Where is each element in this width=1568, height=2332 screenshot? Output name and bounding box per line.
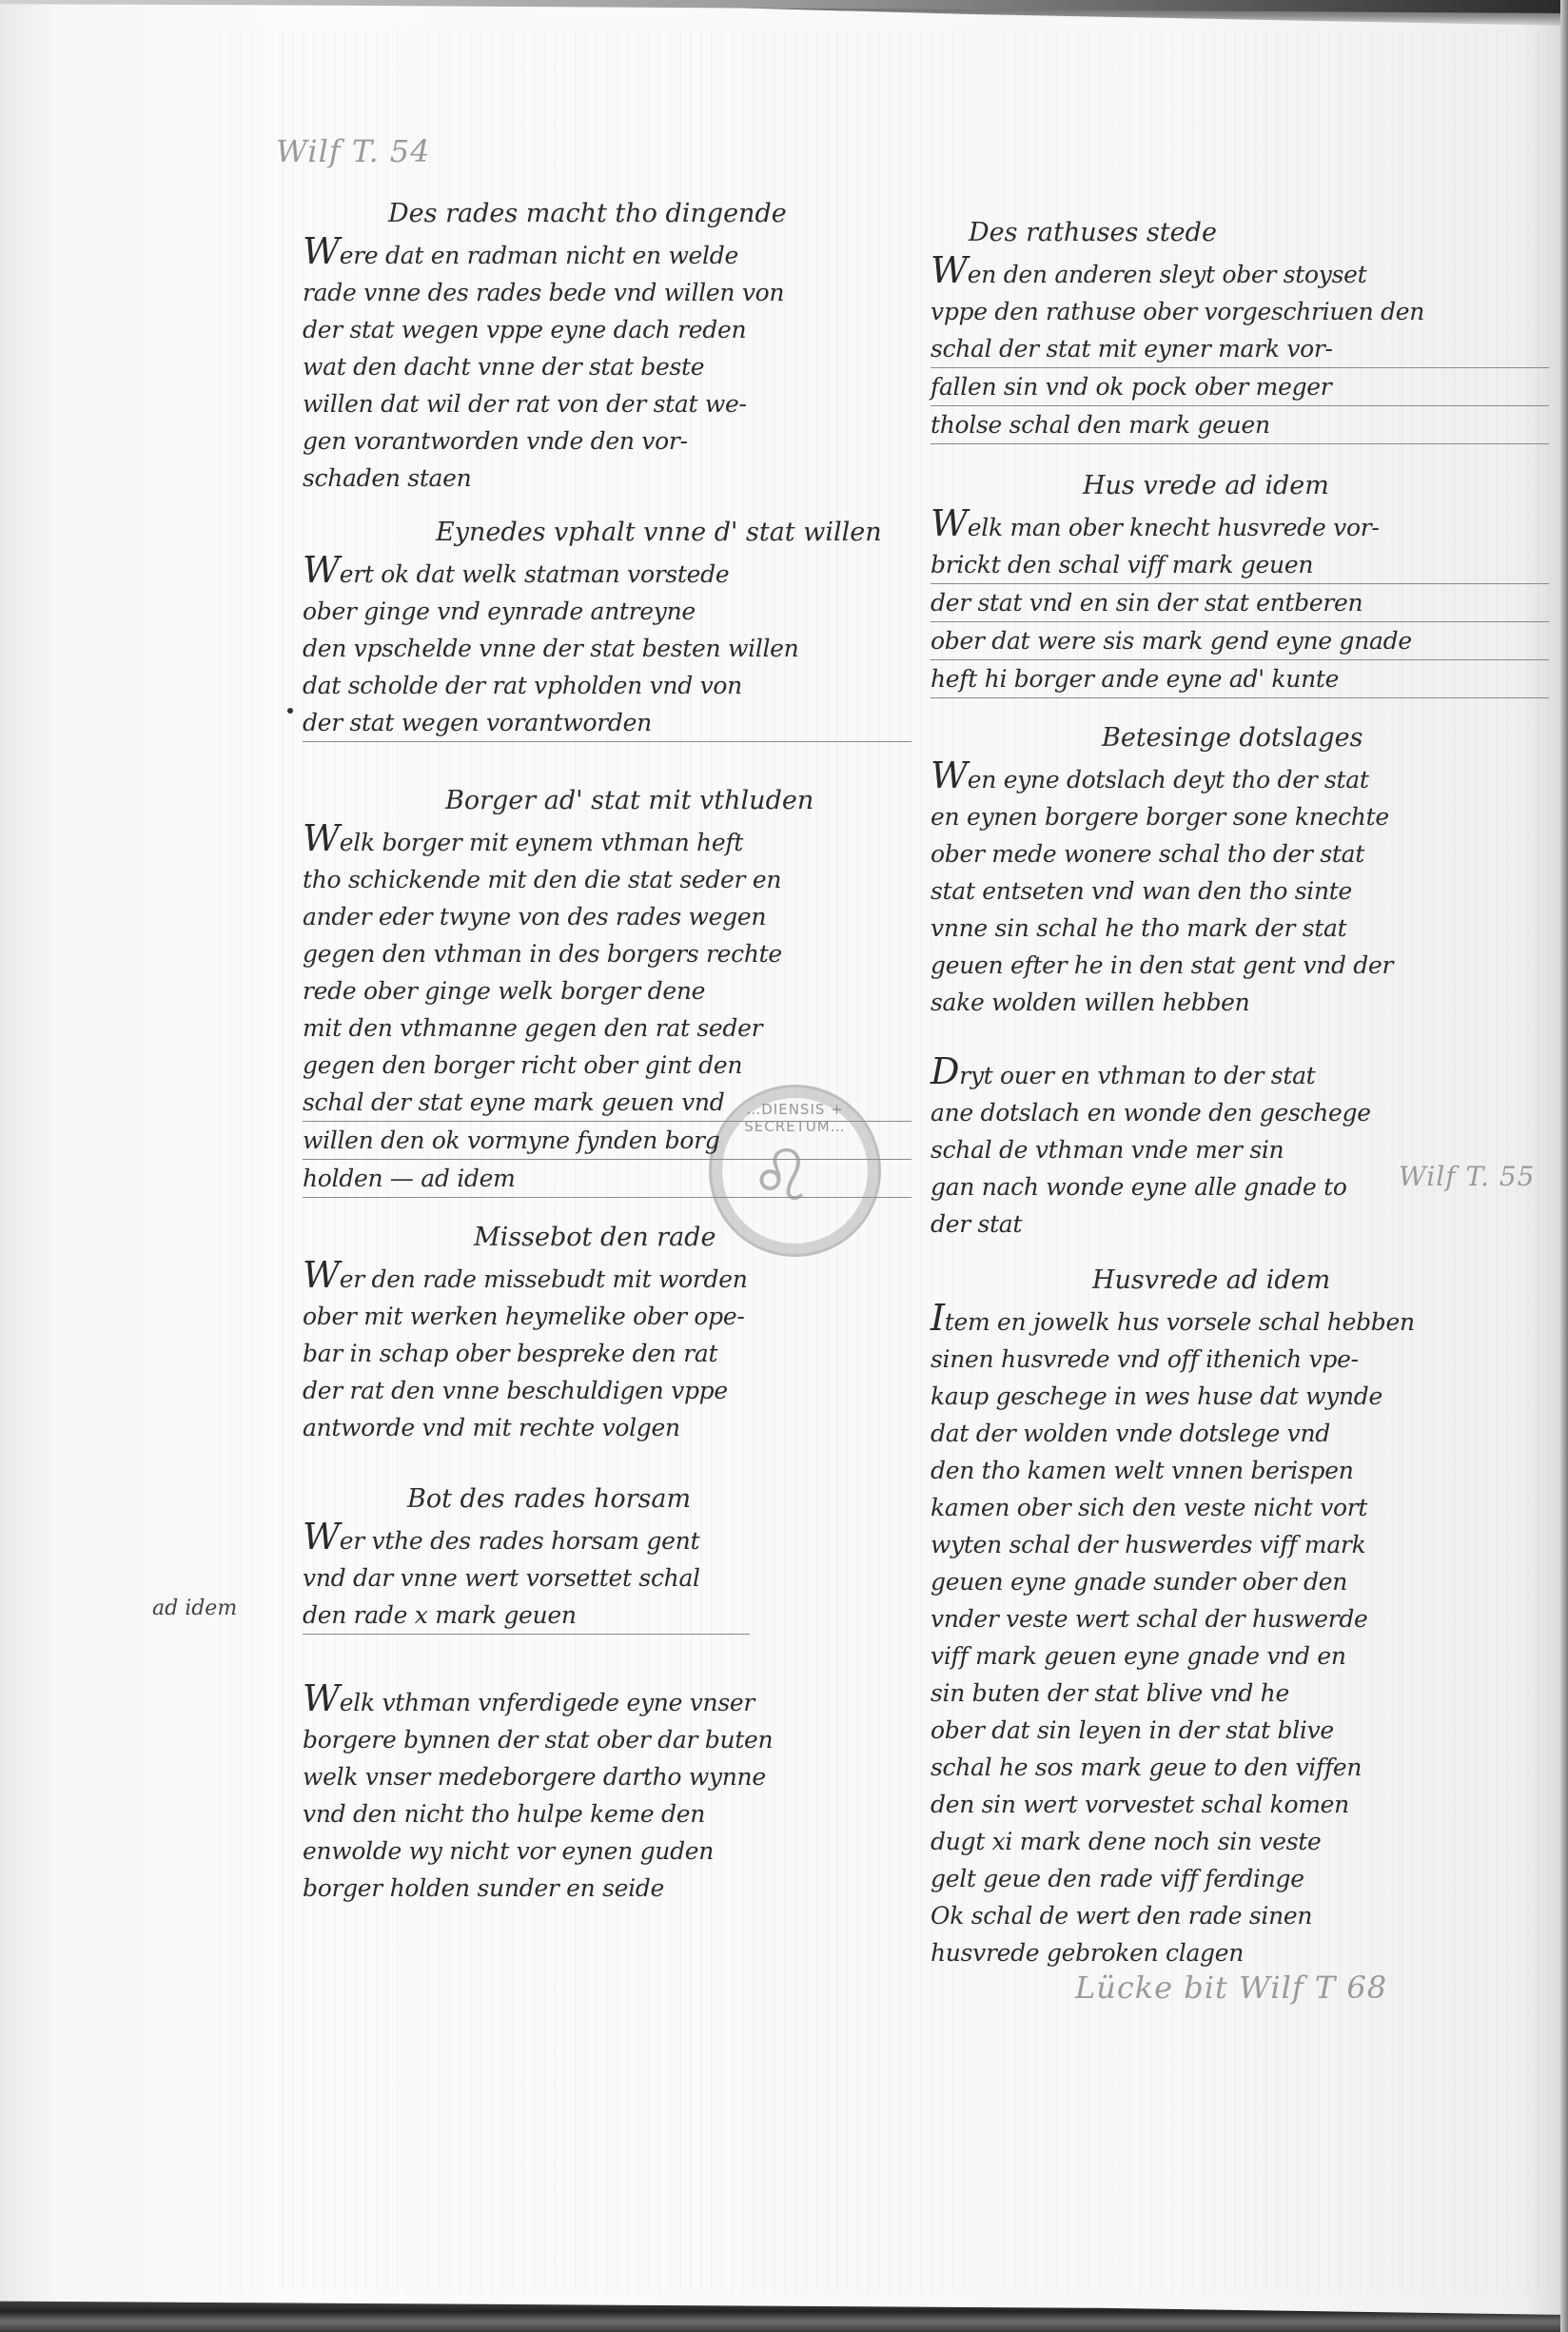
text-line: der rat den vnne beschuldigen vppe [303,1372,911,1409]
text-line: en eynen borgere borger sone knechte [931,798,1549,835]
text-line: wat den dacht vnne der stat beste [303,348,911,385]
text-line: der stat [931,1205,1549,1243]
text-line: Wen den anderen sleyt ober stoyset [931,252,1549,293]
ink-mark [287,708,293,714]
text-line: mit den vthmanne gegen den rat seder [303,1009,911,1047]
text-line: stat entseten vnd wan den tho sinte [931,872,1549,910]
text-line: bar in schap ober bespreke den rat [303,1335,911,1372]
section-heading: Eynedes vphalt vnne d' stat willen [303,514,911,552]
text-line: Wen eyne dotslach deyt tho der stat [931,757,1549,798]
text-line: vnd den nicht tho hulpe keme den [303,1795,911,1832]
section-husvrede-1: Hus vrede ad idem Welk man ober knecht h… [931,467,1549,698]
text-line: der stat wegen vppe eyne dach reden [303,311,911,348]
text-line: gan nach wonde eyne alle gnade to [931,1168,1549,1205]
text-line: Wer den rade missebudt mit worden [303,1257,911,1298]
text-line: den vpschelde vnne der stat besten wille… [303,630,911,667]
text-line: brickt den schal viff mark geuen [931,546,1549,584]
text-line: Wer vthe des rades horsam gent [303,1519,911,1559]
text-line: ober dat were sis mark gend eyne gnade [931,622,1549,660]
text-line: schal der stat mit eyner mark vor- [931,330,1549,368]
text-line: sin buten der stat blive vnd he [931,1675,1549,1712]
section-vthman-dotslach: Dryt ouer en vthman to der stat ane dots… [931,1053,1549,1243]
text-line: welk vnser medeborgere dartho wynne [303,1758,911,1795]
section-rathuses-stede: Des rathuses stede Wen den anderen sleyt… [931,214,1549,444]
text-line: schal der stat eyne mark geuen vnd [303,1084,911,1122]
section-heading: Des rathuses stede [931,214,1549,252]
text-line: schaden staen [303,460,911,497]
section-heading: Hus vrede ad idem [931,467,1549,505]
text-line: tho schickende mit den die stat seder en [303,861,911,898]
text-line: antworde vnd mit rechte volgen [303,1409,911,1446]
text-line: sinen husvrede vnd off ithenich vpe- [931,1341,1549,1378]
text-line: husvrede gebroken clagen [931,1934,1549,1971]
text-line: dat scholde der rat vpholden vnd von [303,667,911,704]
text-line: enwolde wy nicht vor eynen guden [303,1832,911,1870]
text-line: holden — ad idem [303,1160,911,1198]
section-missebot: Missebot den rade Wer den rade missebudt… [303,1219,911,1446]
text-line: Item en jowelk hus vorsele schal hebben [931,1300,1549,1341]
text-line: gelt geue den rade viff ferdinge [931,1860,1549,1897]
text-line: Were dat en radman nicht en welde [303,233,911,274]
text-line: dugt xi mark dene noch sin veste [931,1823,1549,1860]
text-line: Welk borger mit eynem vthman heft [303,820,911,861]
text-line: vnder veste wert schal der huswerde [931,1600,1549,1637]
text-line: Wert ok dat welk statman vorstede [303,552,911,593]
text-line: ober dat sin leyen in der stat blive [931,1712,1549,1749]
text-line: gen vorantworden vnde den vor- [303,422,911,460]
text-line: den sin wert vorvestet schal komen [931,1786,1549,1823]
text-line: rade vnne des rades bede vnd willen von [303,274,911,311]
text-line: dat der wolden vnde dotslege vnd [931,1415,1549,1452]
text-line: gegen den vthman in des borgers rechte [303,935,911,972]
text-line: der stat vnd en sin der stat entberen [931,584,1549,622]
right-column: Des rathuses stede Wen den anderen sleyt… [931,214,1549,1971]
manuscript-page: Wilf T. 54 Wilf T. 55 Lücke bit Wilf T 6… [0,0,1568,2332]
section-borger-vthluden: Borger ad' stat mit vthluden Welk borger… [303,782,911,1198]
section-husvrede-2: Husvrede ad idem Item en jowelk hus vors… [931,1262,1549,1971]
text-line: ane dotslach en wonde den geschege [931,1094,1549,1131]
text-line: schal de vthman vnde mer sin [931,1131,1549,1168]
binding-edge-top-shadow [0,0,1568,13]
text-line: kaup geschege in wes huse dat wynde [931,1378,1549,1415]
text-line: heft hi borger ande eyne ad' kunte [931,660,1549,698]
text-line: den rade x mark geuen [303,1597,750,1635]
text-line: ander eder twyne von des rades wegen [303,898,911,935]
text-line: wyten schal der huswerdes viff mark [931,1526,1549,1563]
binding-edge-bottom [0,2298,1568,2332]
text-line: kamen ober sich den veste nicht vort [931,1489,1549,1526]
text-line: borger holden sunder en seide [303,1870,911,1907]
text-line: rede ober ginge welk borger dene [303,972,911,1009]
text-line: willen den ok vormyne fynden borg [303,1122,911,1160]
section-heading: Des rades macht tho dingende [303,195,911,233]
margin-note: ad idem [152,1597,237,1620]
text-line: gegen den borger richt ober gint den [303,1047,911,1084]
text-line: Welk vthman vnferdigede eyne vnser [303,1680,911,1721]
text-line: geuen eyne gnade sunder ober den [931,1563,1549,1600]
section-dotslages: Betesinge dotslages Wen eyne dotslach de… [931,719,1549,1021]
section-eynedes-vphalt: Eynedes vphalt vnne d' stat willen Wert … [303,514,911,742]
text-line: borgere bynnen der stat ober dar buten [303,1721,911,1758]
text-line: Ok schal de wert den rade sinen [931,1897,1549,1934]
text-line: schal he sos mark geue to den viffen [931,1749,1549,1786]
text-line: geuen efter he in den stat gent vnd der [931,947,1549,984]
text-line: viff mark geuen eyne gnade vnd en [931,1637,1549,1675]
page-edge-right [1560,0,1568,2332]
text-line: ober mit werken heymelike ober ope- [303,1298,911,1335]
left-column: Des rades macht tho dingende Were dat en… [303,195,911,1907]
text-line: den tho kamen welt vnnen berispen [931,1452,1549,1489]
text-line: der stat wegen vorantworden [303,704,911,742]
text-line: vnd dar vnne wert vorsettet schal [303,1559,911,1597]
section-heading: Borger ad' stat mit vthluden [303,782,911,820]
section-vthman: Welk vthman vnferdigede eyne vnser borge… [303,1680,911,1907]
text-line: vnne sin schal he tho mark der stat [931,910,1549,947]
text-line: Welk man ober knecht husvrede vor- [931,505,1549,546]
text-line: Dryt ouer en vthman to der stat [931,1053,1549,1094]
section-horsam: Bot des rades horsam Wer vthe des rades … [303,1480,911,1635]
section-heading: Husvrede ad idem [931,1262,1549,1300]
text-line: fallen sin vnd ok pock ober meger [931,368,1549,406]
text-line: tholse schal den mark geuen [931,406,1549,444]
pencil-annotation-bottom-right: Lücke bit Wilf T 68 [1075,1969,1387,2006]
section-rades-macht: Des rades macht tho dingende Were dat en… [303,195,911,497]
text-line: sake wolden willen hebben [931,984,1549,1021]
section-heading: Missebot den rade [303,1219,911,1257]
text-line: ober ginge vnd eynrade antreyne [303,593,911,630]
section-heading: Bot des rades horsam [303,1480,911,1519]
section-heading: Betesinge dotslages [931,719,1549,757]
text-line: ober mede wonere schal tho der stat [931,835,1549,872]
pencil-annotation-top-left: Wilf T. 54 [276,133,431,169]
text-line: willen dat wil der rat von der stat we- [303,385,911,422]
text-line: vppe den rathuse ober vorgeschriuen den [931,293,1549,330]
